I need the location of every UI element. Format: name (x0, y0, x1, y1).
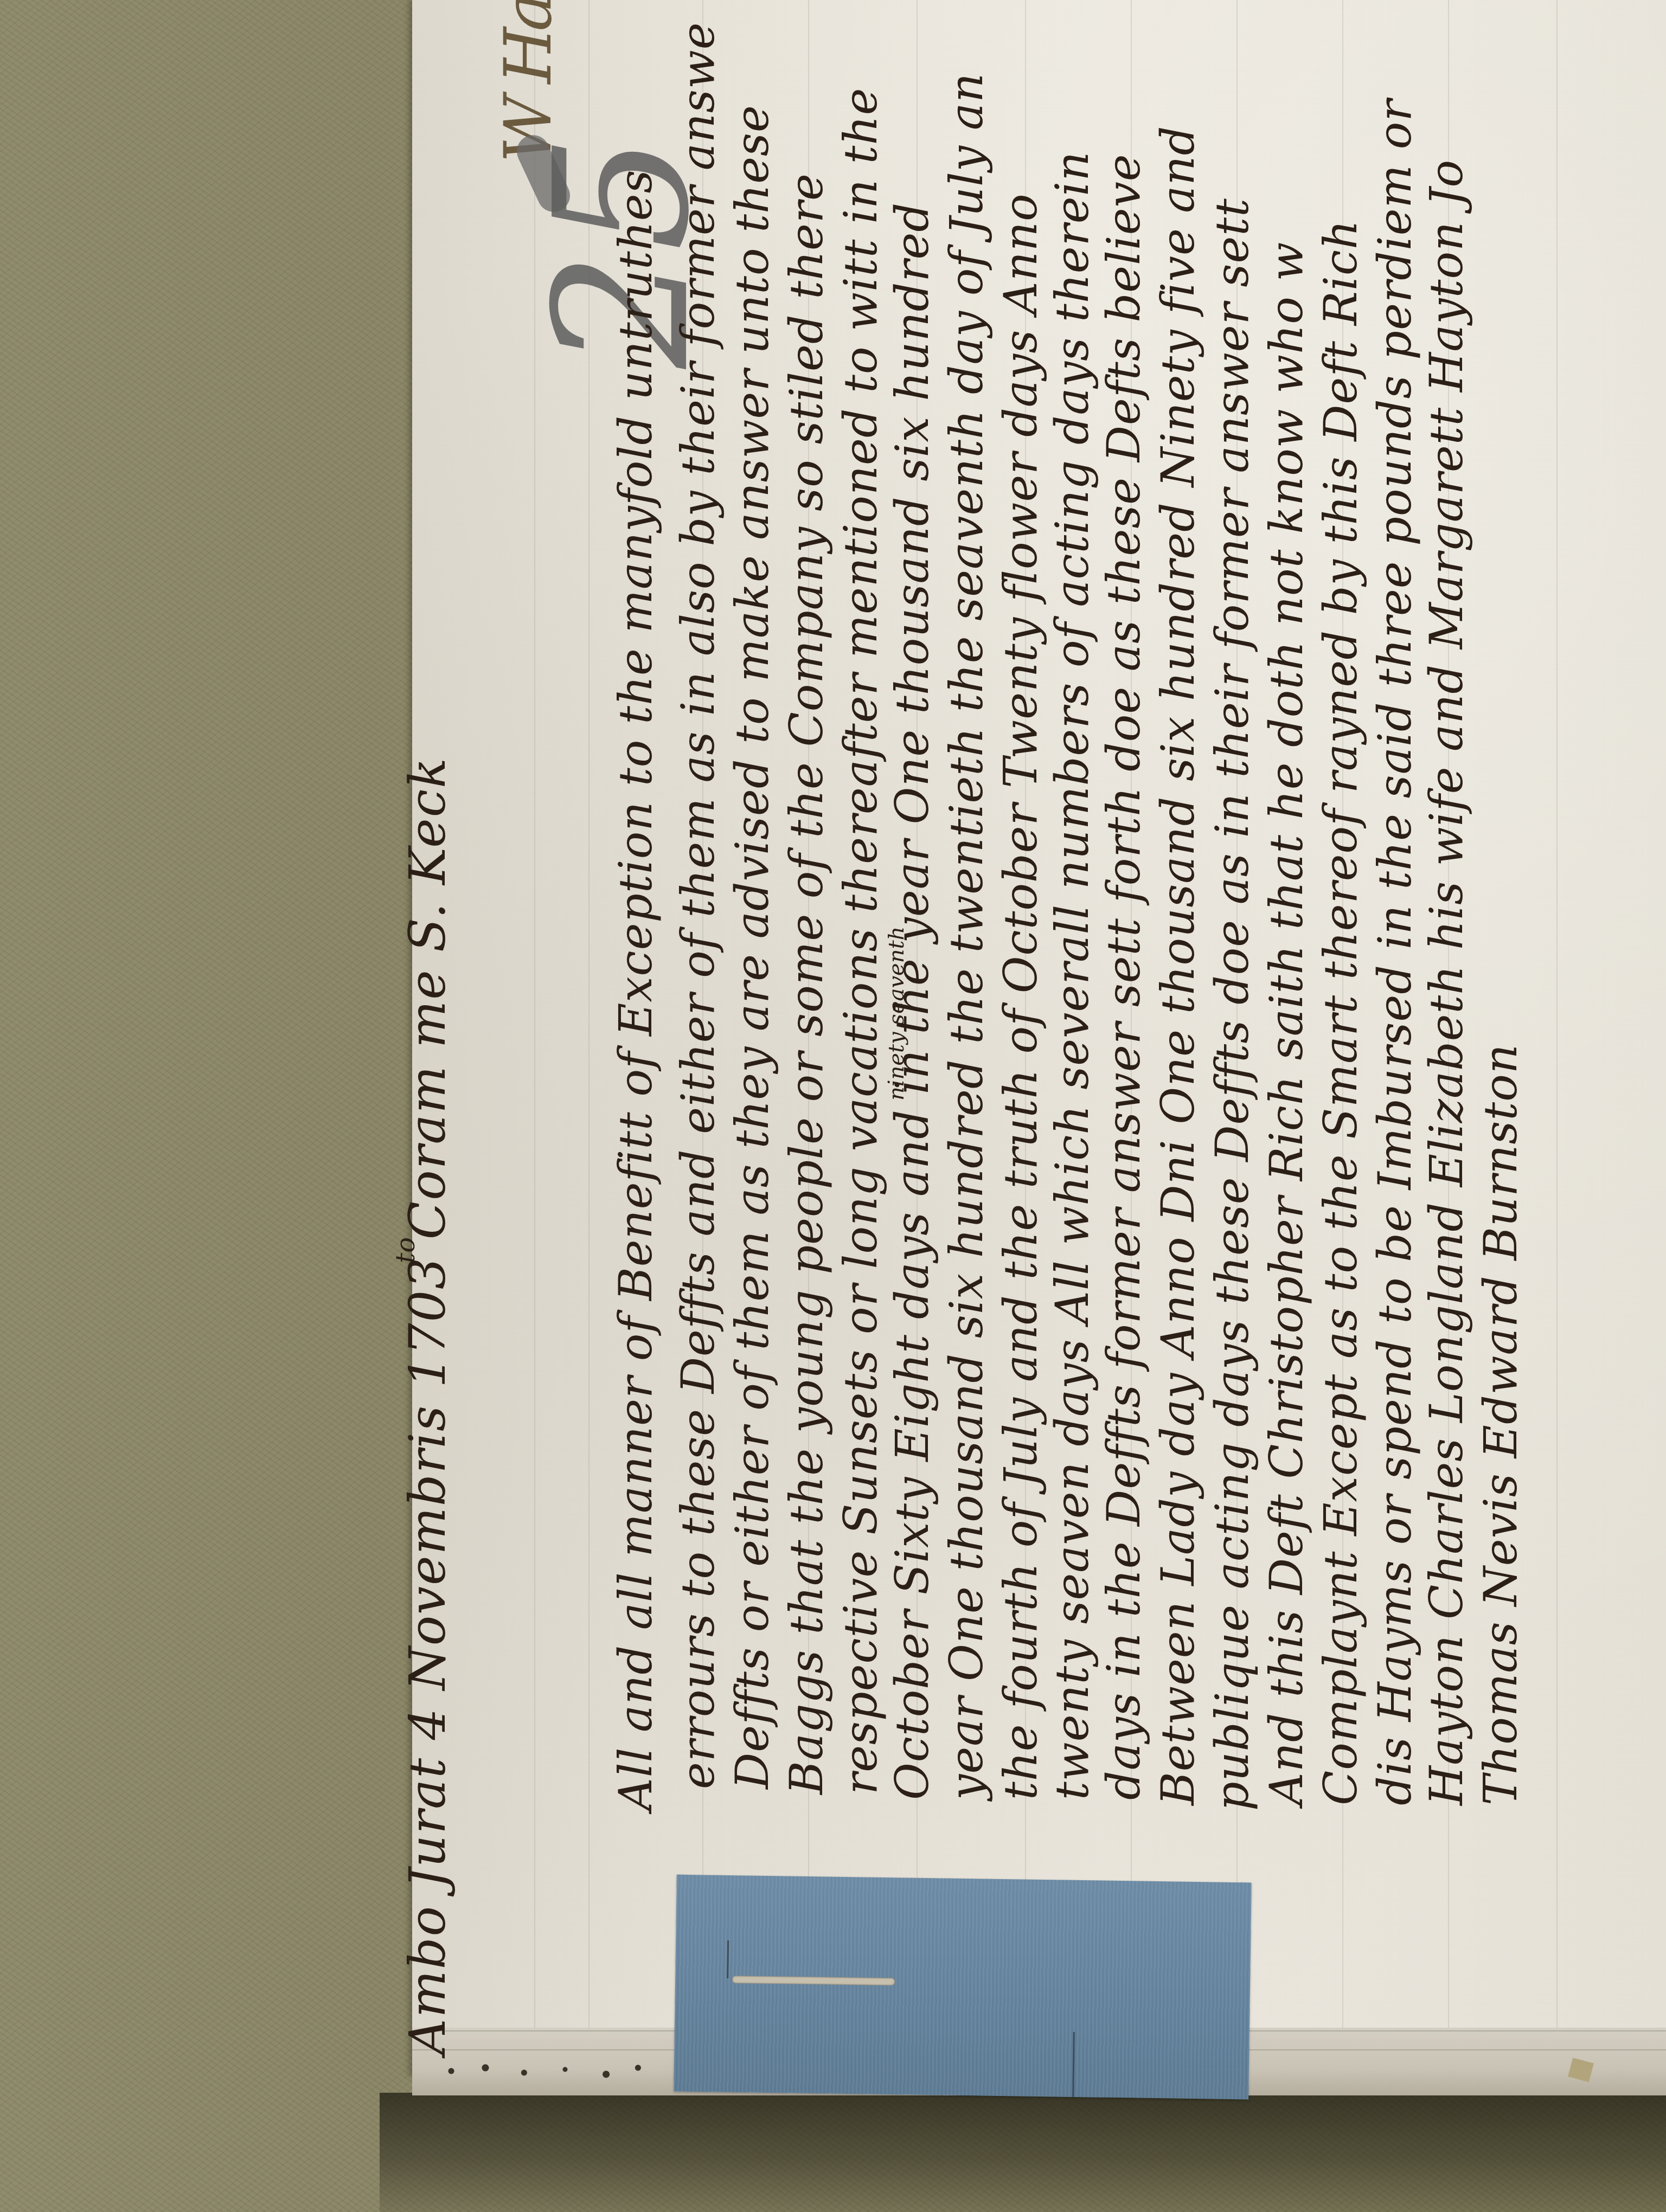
blue-paper-tag (674, 1875, 1251, 2100)
ink-specks (428, 2055, 656, 2087)
body-line-7: year One thousand six hundred the twenti… (944, 73, 989, 1800)
body-line-12: publique acting days these Deffts doe as… (1209, 198, 1255, 1811)
body-line-14: Complaynt Except as to the Smart thereof… (1318, 220, 1363, 1805)
body-line-3: Deffts or either of them as they are adv… (729, 105, 775, 1789)
tag-crease (1072, 2032, 1075, 2097)
body-line-13: And this Deft Christopher Rich saith tha… (1264, 242, 1309, 1805)
body-line-11: Between Lady day Anno Dni One thousand s… (1155, 126, 1201, 1805)
ruling-line (1556, 0, 1558, 2028)
body-line-1: All and all manner of Benefitt of Except… (613, 169, 658, 1811)
body-line-10: days in the Deffts former answer sett fo… (1101, 153, 1146, 1800)
interlineation: ninety seaventh (884, 927, 909, 1101)
body-line-4: Baggs that the young people or some of t… (784, 173, 829, 1795)
body-line-5: respective Sunsets or long vacations the… (838, 88, 883, 1795)
body-line-15: dis Hayms or spend to be Imbursed in the… (1372, 99, 1418, 1805)
tag-cut (727, 1940, 729, 1978)
body-line-17: Thomas Nevis Edward Burnston (1478, 1044, 1523, 1805)
body-line-2: errours to these Deffts and either of th… (675, 22, 721, 1789)
document-shadow (380, 2093, 1666, 2212)
body-line-9: twenty seaven days All which severall nu… (1049, 151, 1095, 1800)
body-line-8: the fourth of July and the truth of Octo… (998, 193, 1043, 1800)
body-line-16: Hayton Charles Longland Elizabeth his wi… (1424, 159, 1469, 1805)
docket-line: Ambo Jurat 4 Novembris 1703 Coram me S. … (399, 757, 457, 2055)
tag-slit (732, 1976, 895, 1985)
